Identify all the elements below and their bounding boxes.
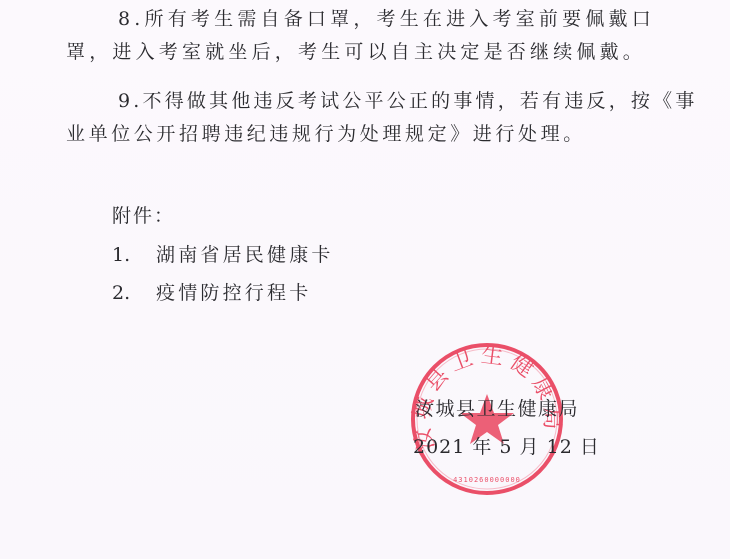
- attachments-label: 附件：: [112, 204, 175, 228]
- attachment-number: 2.: [112, 281, 156, 305]
- paragraph-9-line-2: 业单位公开招聘违纪违规行为处理规定》进行处理。: [66, 122, 586, 146]
- paragraph-8-line-2: 罩，进入考室就坐后，考生可以自主决定是否继续佩戴。: [66, 40, 646, 64]
- attachment-item: 1.湖南省居民健康卡: [112, 243, 334, 267]
- attachment-text: 疫情防控行程卡: [156, 282, 311, 304]
- svg-text:4310260000000: 4310260000000: [453, 476, 521, 484]
- signing-date: 2021 年 5 月 12 日: [413, 435, 600, 459]
- signing-organization: 汝城县卫生健康局: [415, 397, 579, 421]
- attachment-number: 1.: [112, 243, 156, 267]
- attachment-text: 湖南省居民健康卡: [156, 244, 334, 266]
- attachment-item: 2.疫情防控行程卡: [112, 281, 311, 305]
- document-page: 8.所有考生需自备口罩，考生在进入考室前要佩戴口 罩，进入考室就坐后，考生可以自…: [0, 0, 730, 559]
- paragraph-9-line-1: 9.不得做其他违反考试公平公正的事情，若有违反，按《事: [118, 89, 698, 113]
- paragraph-8-line-1: 8.所有考生需自备口罩，考生在进入考室前要佩戴口: [118, 7, 655, 31]
